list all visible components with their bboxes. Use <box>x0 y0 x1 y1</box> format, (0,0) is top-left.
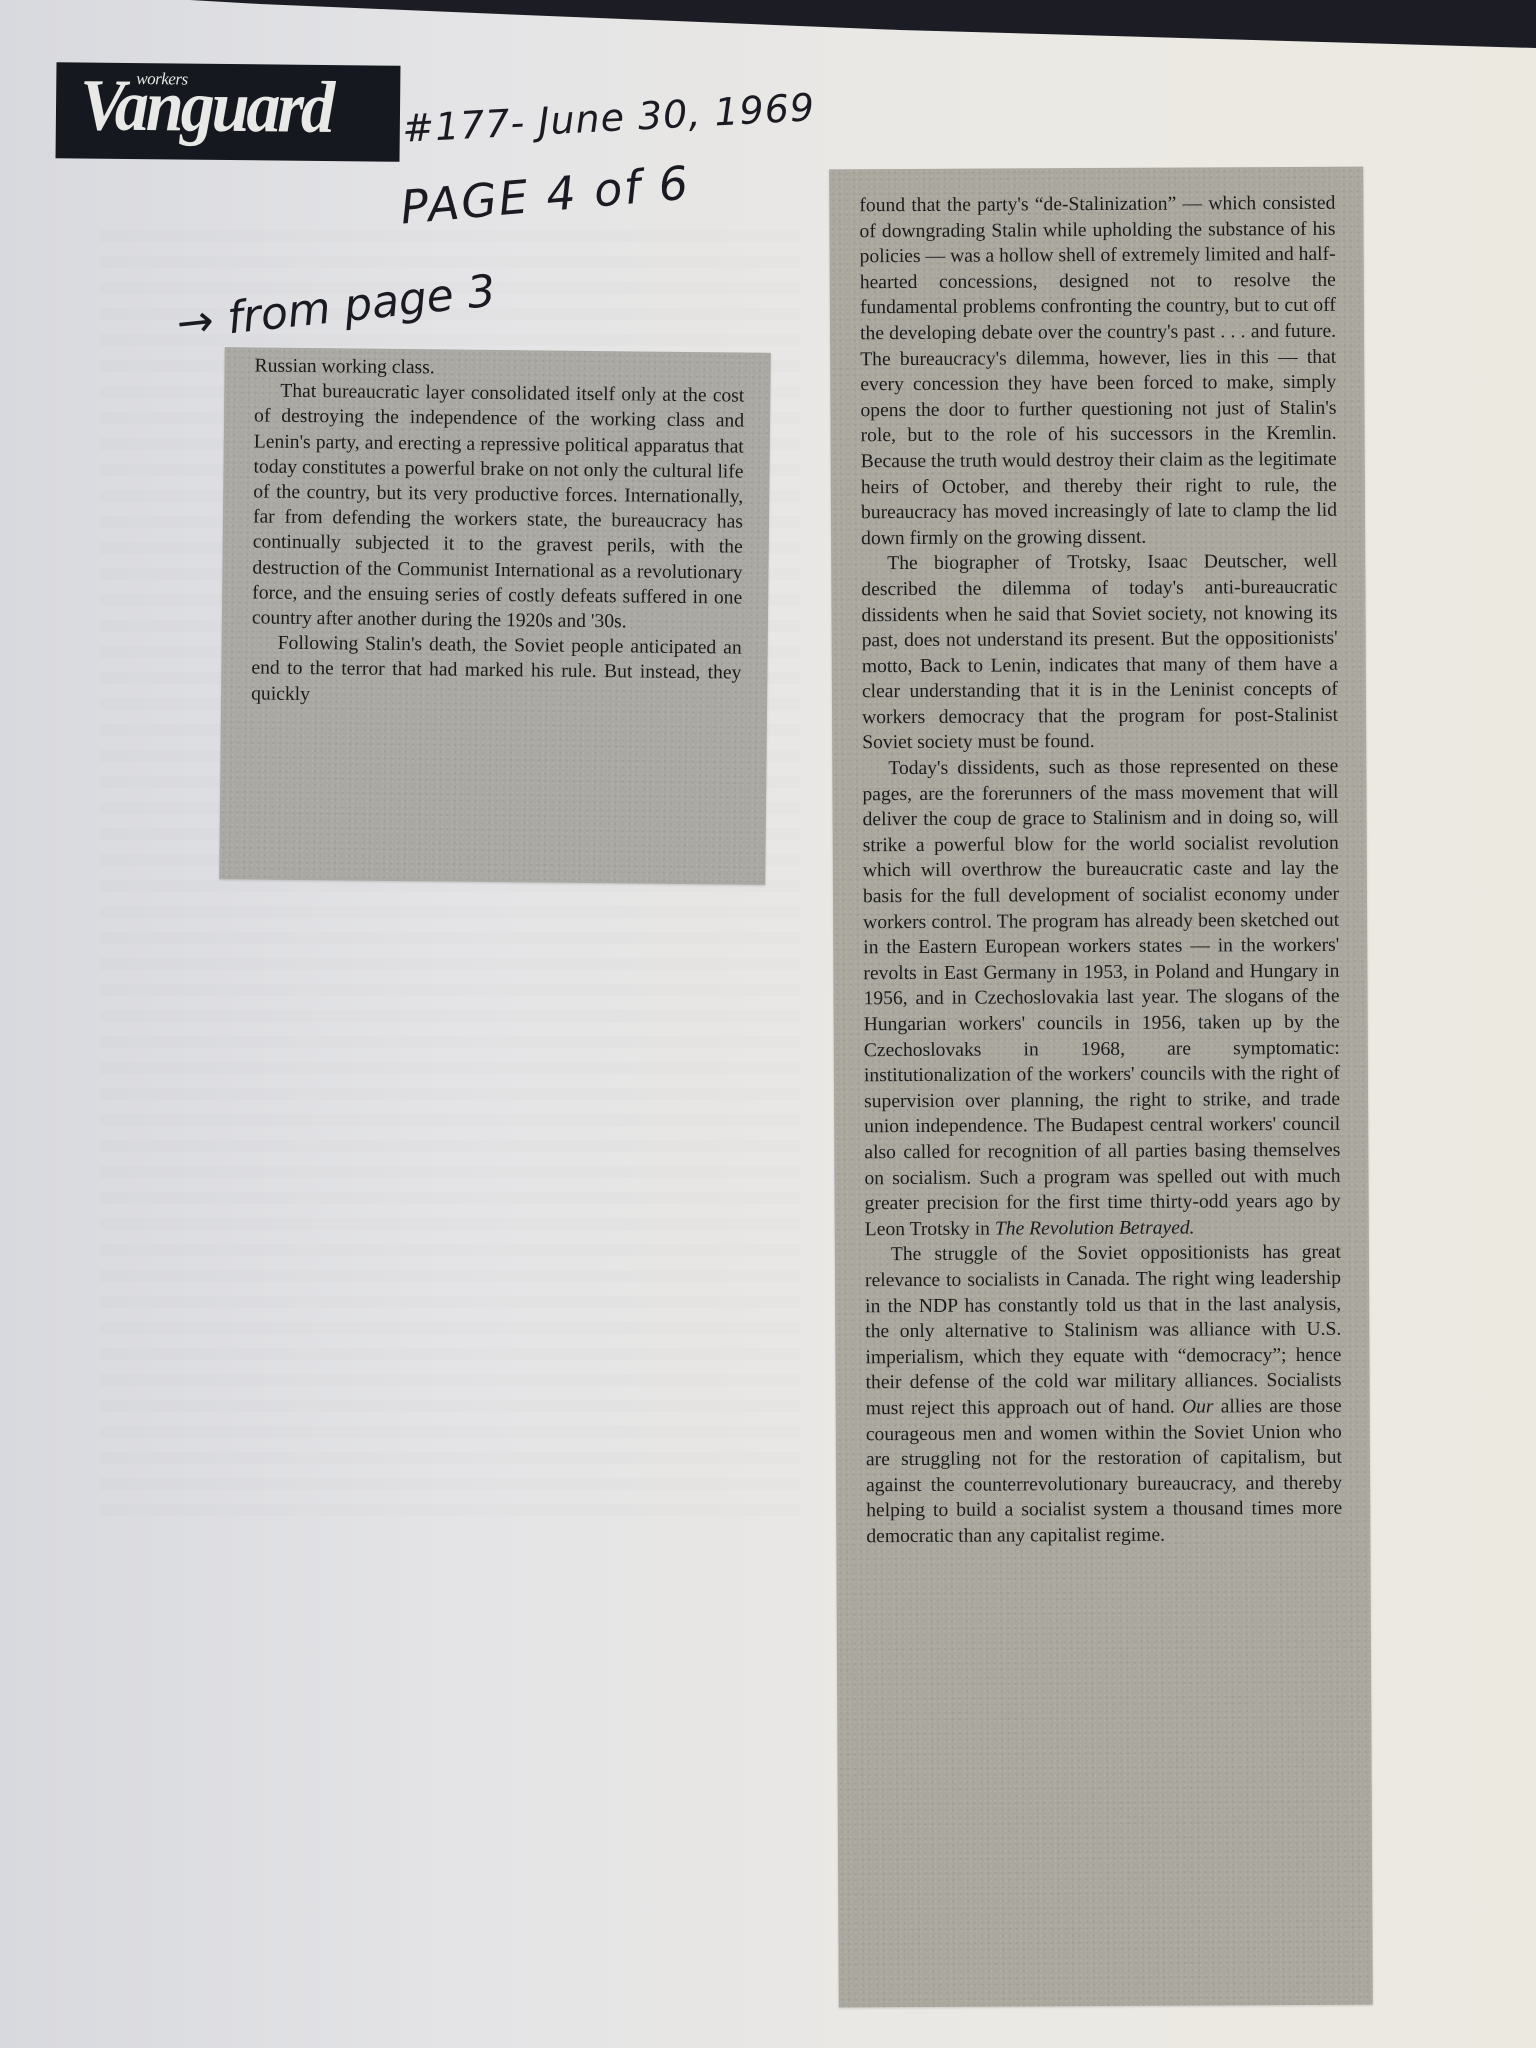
photo-dark-edge <box>0 0 1536 60</box>
paragraph: The struggle of the Soviet oppositionist… <box>865 1240 1343 1550</box>
paragraph-text: The struggle of the Soviet oppositionist… <box>865 1242 1342 1419</box>
masthead-logo: Vanguard workers <box>56 62 401 162</box>
right-clipping: found that the party's “de-Stalinization… <box>829 167 1373 2008</box>
paragraph: That bureaucratic layer consolidated its… <box>252 379 745 636</box>
paragraph: Following Stalin's death, the Soviet peo… <box>251 631 742 712</box>
masthead-small: workers <box>136 69 187 90</box>
handwritten-issue-note: #177- June 30, 1969 <box>401 85 816 151</box>
right-column-text: found that the party's “de-Stalinization… <box>859 191 1342 1550</box>
left-clipping: Russian working class. That bureaucratic… <box>219 347 771 885</box>
masthead-title: Vanguard <box>80 68 333 144</box>
handwritten-page-note: PAGE 4 of 6 <box>398 155 692 234</box>
paragraph: Today's dissidents, such as those repres… <box>862 754 1341 1243</box>
paragraph-text: Today's dissidents, such as those repres… <box>862 756 1340 1240</box>
emphasis-word: Our <box>1182 1396 1214 1417</box>
book-title: The Revolution Betrayed. <box>995 1217 1195 1239</box>
paragraph: The biographer of Trotsky, Isaac Deutsch… <box>861 549 1338 756</box>
paragraph: found that the party's “de-Stalinization… <box>859 191 1337 552</box>
left-column-text: Russian working class. That bureaucratic… <box>251 353 745 711</box>
